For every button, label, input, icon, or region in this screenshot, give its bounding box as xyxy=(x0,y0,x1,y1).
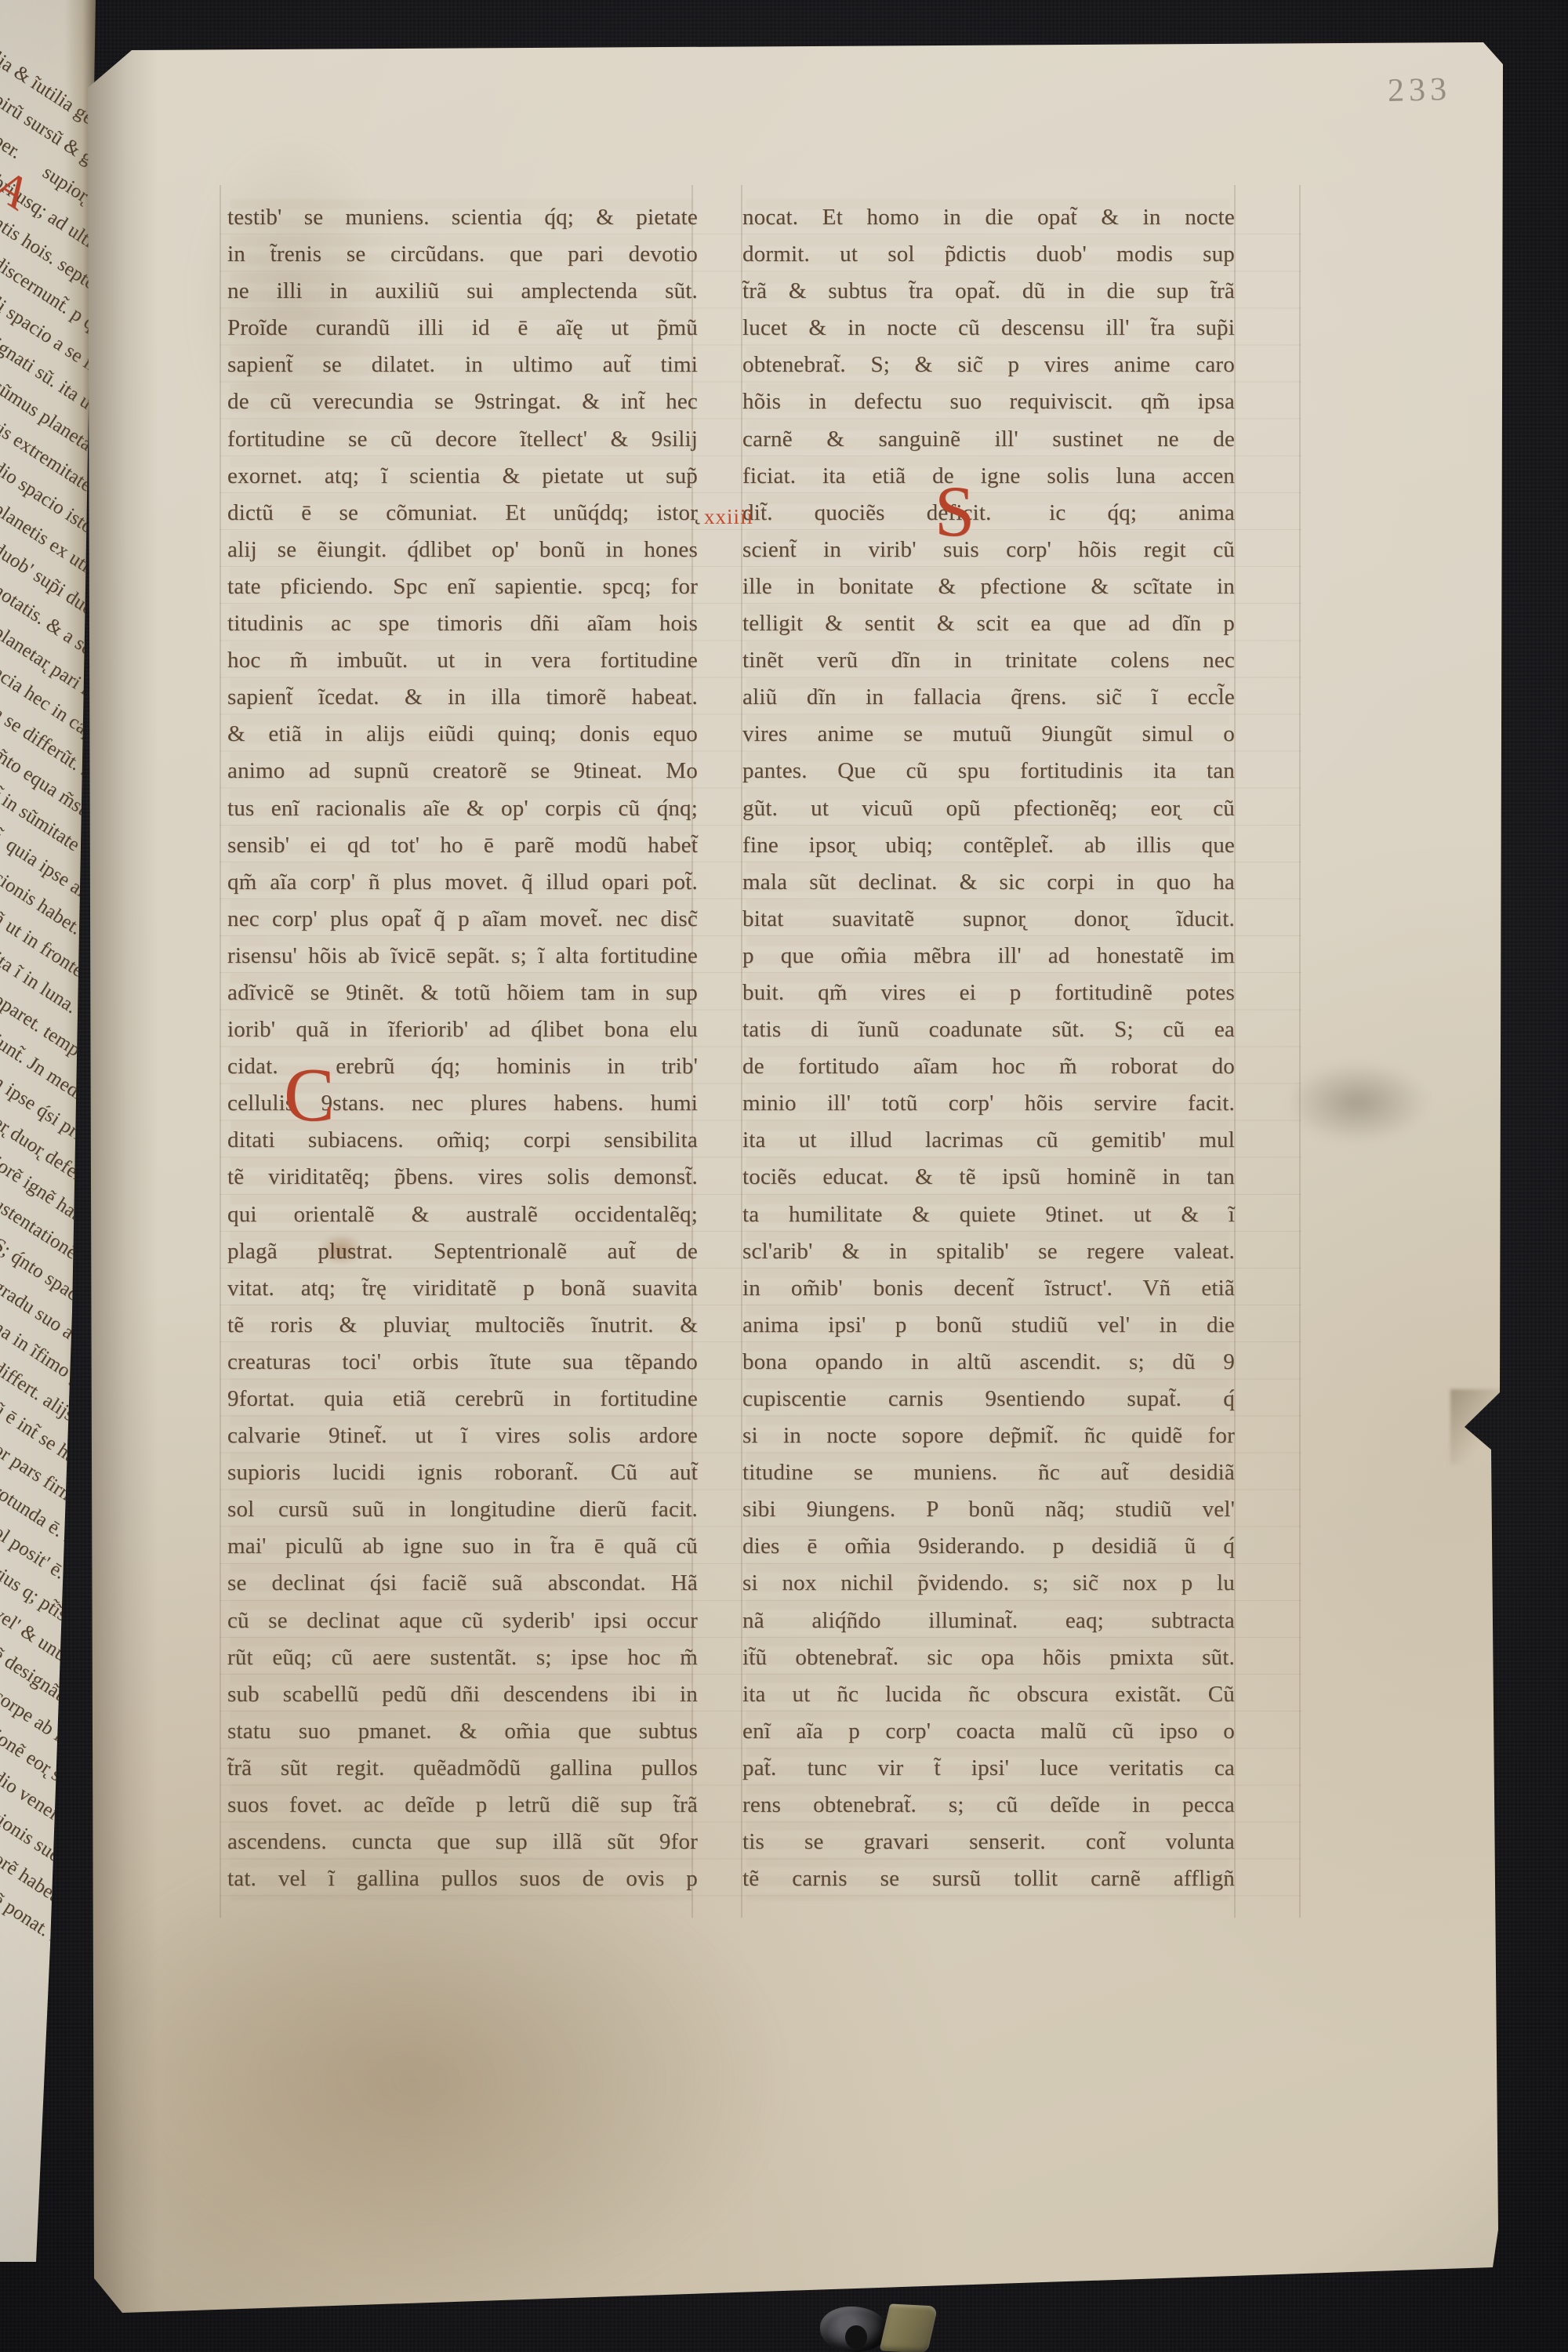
manuscript-text-line: nec corp' plus opat̃ q̃ p aĩam movet̃. … xyxy=(227,901,698,938)
manuscript-text-line: qm̃ aĩa corp' ñ plus movet. q̃ illud o… xyxy=(227,864,698,901)
manuscript-text-line: tis se gravari senserit. cont̃ volunta xyxy=(742,1824,1235,1860)
manuscript-text-line: scient̃ in virib' suis corp' hõis regit… xyxy=(742,532,1235,568)
manuscript-text-line: tinẽt verũ dĩn in trinitate colens ne… xyxy=(742,642,1235,679)
manuscript-text-line: dormit. ut sol p̃dictis duob' modis sup xyxy=(742,236,1235,273)
manuscript-text-line: dit̃. quociẽs deficit. ic q́q; anima xyxy=(742,495,1235,532)
manuscript-text-line: sibi 9iungens. P bonũ nãq; studiũ vel… xyxy=(742,1491,1235,1528)
manuscript-text-line: hõis in defectu suo requiviscit. qm̃ ip… xyxy=(742,383,1235,420)
manuscript-text-line: creaturas toci' orbis ĩtute sua tẽpand… xyxy=(227,1344,698,1381)
manuscript-text-line: t̃rã & subtus t̃ra opat̃. dũ in die su… xyxy=(742,273,1235,310)
manuscript-text-line: titudinis ac spe timoris dñi aĩam hois xyxy=(227,605,698,642)
manuscript-text-line: tatis di ĩunũ coadunate sũt. S; cũ e… xyxy=(742,1011,1235,1048)
manuscript-text-line: ille in bonitate & pfectione & scĩtate … xyxy=(742,568,1235,605)
manuscript-text-line: scl'arib' & in spitalib' se regere valea… xyxy=(742,1233,1235,1270)
manuscript-text-line: tẽ carnis se sursũ tollit carnẽ affli… xyxy=(742,1860,1235,1897)
manuscript-text-line: ficiat. ita etiã de igne solis luna acc… xyxy=(742,458,1235,495)
manuscript-text-line: minio ill' totũ corp' hõis servire fac… xyxy=(742,1085,1235,1122)
manuscript-text-line: telligit & sentit & scit ea que ad dĩn … xyxy=(742,605,1235,642)
manuscript-text-line: fine ipsor̨ ubiq; contẽplet̃. ab illis … xyxy=(742,827,1235,864)
manuscript-text-line: statu suo pmanet. & om̃ia que subtus xyxy=(227,1713,698,1750)
manuscript-text-line: Proĩde curandũ illi id ē aĩę ut p̃m… xyxy=(227,310,698,347)
chapter-number-marginal: xxiiii xyxy=(704,505,753,528)
manuscript-text-line: titudine se muniens. ñc aut̃ desidiã xyxy=(742,1454,1235,1491)
vertical-ruling-line xyxy=(1299,185,1301,1918)
manuscript-text-line: dictũ ē se cõmuniat. Et unũq́dq; ist… xyxy=(227,495,698,532)
manuscript-text-line: pat̃. tunc vir t̃ ipsi' luce veritatis c… xyxy=(742,1750,1235,1787)
text-column-left: testib' se muniens. scientia q́q; & piet… xyxy=(227,199,698,1897)
vertical-ruling-line xyxy=(220,185,221,1918)
manuscript-text-line: tẽ viriditatẽq; p̃bens. vires solis de… xyxy=(227,1159,698,1196)
manuscript-text-line: nocat. Et homo in die opat̃ & in nocte xyxy=(742,199,1235,236)
manuscript-photo: { "page": { "folio_number": "233", "marg… xyxy=(0,0,1568,2352)
manuscript-text-line: in om̃ib' bonis decent̃ ĩstruct'. Vñ e… xyxy=(742,1270,1235,1307)
manuscript-text-line: cũ se declinat aque cũ syderib' ipsi o… xyxy=(227,1602,698,1639)
manuscript-text-line: rũt eũq; cũ aere sustentãt. s; ipse … xyxy=(227,1639,698,1676)
page-clip-hole xyxy=(845,2325,867,2349)
manuscript-text-line: iorib' quã in ĩferiorib' ad q́libet bo… xyxy=(227,1011,698,1048)
manuscript-text-line: de fortitudo aĩam hoc m̃ roborat do xyxy=(742,1048,1235,1085)
manuscript-text-line: tẽ roris & pluviar̨ multociẽs ĩnutrit… xyxy=(227,1307,698,1344)
manuscript-text-line: dies ē om̃ia 9siderando. p desidiã ũ … xyxy=(742,1528,1235,1565)
manuscript-text-line: tate pficiendo. Spc enĩ sapientie. spcq… xyxy=(227,568,698,605)
manuscript-text-line: ne illi in auxiliũ sui amplectenda sũt… xyxy=(227,273,698,310)
manuscript-text-line: calvarie 9tinet̃. ut ĩ vires solis ardo… xyxy=(227,1417,698,1454)
gutter-shadow xyxy=(88,42,158,2316)
manuscript-text-line: tociẽs educat. & tẽ ipsũ hominẽ in t… xyxy=(742,1159,1235,1196)
manuscript-text-line: & etiã in alijs eiũdi quinq; donis equ… xyxy=(227,716,698,753)
manuscript-text-line: animo ad supnũ creatorẽ se 9tineat. Mo xyxy=(227,753,698,789)
manuscript-text-line: bitat suavitatẽ supnor̨ donor̨ ĩducit. xyxy=(742,901,1235,938)
manuscript-text-line: tus enĩ racionalis aĩe & op' corpis cu… xyxy=(227,790,698,827)
text-column-right: nocat. Et homo in die opat̃ & in noctedo… xyxy=(742,199,1235,1897)
manuscript-text-line: ascendens. cuncta que sup illã sũt 9fo… xyxy=(227,1824,698,1860)
manuscript-text-line: aliũ dĩn in fallacia q̃rens. sic̃ ĩ e… xyxy=(742,679,1235,716)
manuscript-text-line: enĩ aĩa p corp' coacta malũ cũ ipso … xyxy=(742,1713,1235,1750)
manuscript-text-line: nã aliq́ñdo illuminat̃. eaq; subtracta xyxy=(742,1602,1235,1639)
manuscript-text-line: de cũ verecundia se 9stringat. & int̃ h… xyxy=(227,383,698,420)
gray-smudge-stain xyxy=(1287,1062,1428,1143)
manuscript-text-line: plagã plustrat. Septentrionalẽ aut̃ de xyxy=(227,1233,698,1270)
rubric-initial-c: C xyxy=(284,1057,335,1133)
manuscript-text-line: si in nocte sopore dep̃mit̃. ñc quidẽ … xyxy=(742,1417,1235,1454)
manuscript-page: 233 testib' se muniens. scientia q́q; & … xyxy=(88,42,1504,2316)
manuscript-text-line: it̃ũ obtenebrat̃. sic opa hõis pmixta … xyxy=(742,1639,1235,1676)
manuscript-text-line: lucet & in nocte cũ descensu ill' t̃ra … xyxy=(742,310,1235,347)
manuscript-text-line: pantes. Que cũ spu fortitudinis ita tan xyxy=(742,753,1235,789)
manuscript-text-line: sapient̃ se dilatet. in ultimo aut̃ timi xyxy=(227,347,698,383)
manuscript-text-line: sol cursũ suũ in longitudine dierũ fa… xyxy=(227,1491,698,1528)
manuscript-text-line: alij se ẽiungit. q́dlibet op' bonũ in … xyxy=(227,532,698,568)
manuscript-text-line: obtenebrat̃. S; & sic̃ p vires anime car… xyxy=(742,347,1235,383)
manuscript-text-line: buit. qm̃ vires ei p fortitudinẽ potes xyxy=(742,975,1235,1011)
manuscript-text-line: 9fortat. quia etiã cerebrũ in fortitud… xyxy=(227,1381,698,1417)
manuscript-text-line: t̃rã sũt regit. quẽadmõdũ gallina p… xyxy=(227,1750,698,1787)
manuscript-text-line: risensu' hõis ab ĩvicē sepãt. s; ĩ … xyxy=(227,938,698,975)
manuscript-text-line: ta humilitate & quiete 9tinet. ut & ĩ xyxy=(742,1196,1235,1233)
manuscript-text-line: ita ut ñc lucida ñc obscura existãt. … xyxy=(742,1676,1235,1713)
facing-page-text-line: ẽ ponat. ĩtellectu & 9silio xyxy=(0,1885,103,2073)
manuscript-text-line: cupiscentie carnis 9sentiendo supat̃. q́ xyxy=(742,1381,1235,1417)
manuscript-text-line: carnẽ & sanguinẽ ill' sustinet ne de xyxy=(742,421,1235,458)
manuscript-text-line: adĩvicẽ se 9tinẽt. & totũ hõiem tam… xyxy=(227,975,698,1011)
manuscript-text-line: testib' se muniens. scientia q́q; & piet… xyxy=(227,199,698,236)
manuscript-text-line: sapient̃ ĩcedat. & in illa timorẽ habe… xyxy=(227,679,698,716)
facing-page-text: lia & ĩutilia germinatpirũ sursũ & gu… xyxy=(3,44,103,1926)
manuscript-text-line: bona opando in altũ ascendit. s; dũ 9 xyxy=(742,1344,1235,1381)
manuscript-text-line: sub scabellũ pedũ dñi descendens ibi … xyxy=(227,1676,698,1713)
manuscript-text-line: si nox nichil p̃videndo. s; sic̃ nox p l… xyxy=(742,1565,1235,1602)
manuscript-text-line: sensib' ei qd tot' ho ē parẽ modũ hab… xyxy=(227,827,698,864)
manuscript-text-line: tat. vel ĩ gallina pullos suos de ovis … xyxy=(227,1860,698,1897)
manuscript-text-line: p que om̃ia mẽbra ill' ad honestatẽ im xyxy=(742,938,1235,975)
cradle-strap xyxy=(879,2303,938,2352)
manuscript-text-line: vires anime se mutuũ 9iungũt simul o xyxy=(742,716,1235,753)
manuscript-text-line: rens obtenebrat̃. s; cũ deĩde in pecca xyxy=(742,1787,1235,1824)
manuscript-text-line: in t̃renis se circũdans. que pari devot… xyxy=(227,236,698,273)
folio-number: 233 xyxy=(1387,71,1451,109)
manuscript-text-line: se declinat q́si faciẽ suã abscondat. … xyxy=(227,1565,698,1602)
manuscript-text-line: anima ipsi' p bonũ studiũ vel' in die xyxy=(742,1307,1235,1344)
facing-page-edge: lia & ĩutilia germinatpirũ sursũ & gu… xyxy=(0,0,103,2262)
manuscript-text-line: ita ut illud lacrimas cũ gemitib' mul xyxy=(742,1122,1235,1159)
manuscript-text-line: exornet. atq; ĩ scientia & pietate ut s… xyxy=(227,458,698,495)
manuscript-text-line: suos fovet. ac deĩde p letrũ diẽ sup … xyxy=(227,1787,698,1824)
manuscript-text-line: mai' piculũ ab igne suo in t̃ra ē quã… xyxy=(227,1528,698,1565)
manuscript-text-line: gũt. ut vicuũ opũ pfectionẽq; eor̨ c… xyxy=(742,790,1235,827)
parchment-tear xyxy=(1450,1389,1505,1465)
manuscript-text-line: qui orientalẽ & australẽ occidentalẽq… xyxy=(227,1196,698,1233)
manuscript-text-line: vitat. atq; t̃rę viriditatẽ p bonã su… xyxy=(227,1270,698,1307)
rubric-initial-s: S xyxy=(935,475,975,547)
manuscript-text-line: supioris lucidi ignis roborant̃. Cũ aut… xyxy=(227,1454,698,1491)
manuscript-text-line: mala sũt declinat. & sic corpi in quo h… xyxy=(742,864,1235,901)
manuscript-text-line: hoc m̃ imbuũt. ut in vera fortitudine xyxy=(227,642,698,679)
manuscript-text-line: fortitudine se cũ decore ĩtellect' & 9… xyxy=(227,421,698,458)
